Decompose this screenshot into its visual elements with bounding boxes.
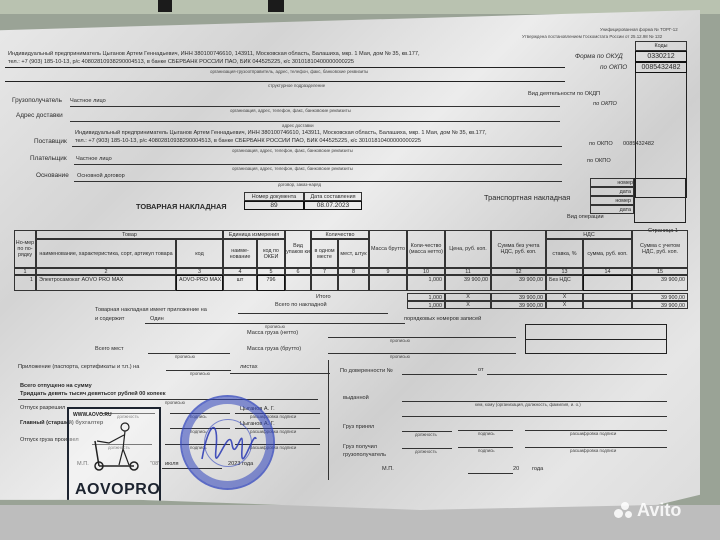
proxy-label: По доверенности №	[340, 368, 393, 374]
background-top	[0, 0, 720, 14]
column-number: 9	[369, 268, 407, 275]
contains-value: Один	[150, 316, 164, 322]
transport-date-label: дата	[590, 205, 634, 214]
appendix-in-words: прописью	[190, 371, 210, 376]
supplier-okpo-value: 0085432482	[623, 141, 654, 147]
col-qty-places-header: мест, штук	[338, 239, 369, 268]
issued-label: выданной	[343, 395, 369, 401]
row-code: AOVO-PRO MAX	[176, 275, 223, 291]
vertical-divider	[328, 360, 329, 480]
col-qty-one-header: в одном месте	[311, 239, 338, 268]
supplier-line1: Индивидуальный предприниматель Цыганов А…	[75, 130, 487, 136]
supplier-line2: тел.: +7 (903) 185-10-13, р/с 4080281093…	[75, 138, 421, 144]
received-label: Груз получил грузополучатель	[343, 443, 403, 459]
column-number: 6	[285, 268, 311, 275]
accepted-decode-caption: расшифровка подписи	[570, 431, 616, 436]
appendix-label: Приложение (паспорта, сертификаты и т.п.…	[18, 364, 139, 370]
sheets-label: листах	[240, 364, 258, 370]
total-vat-sum	[583, 293, 632, 301]
row-gross	[369, 275, 407, 291]
col-goods-name-header: наименование, характеристика, сорт, арти…	[36, 239, 176, 268]
total-released-label: Всего отпущено на сумму	[20, 383, 92, 389]
supplier-okpo-label: по ОКПО	[589, 141, 613, 147]
avito-watermark: Avito	[637, 500, 681, 521]
invoice-document: Унифицированная форма № ТОРГ-12 Утвержде…	[0, 10, 700, 515]
grand-total-vat-sum	[583, 301, 632, 309]
release-month: июля	[165, 461, 179, 467]
records-label: порядковых номеров записей	[404, 316, 481, 322]
column-number: 8	[338, 268, 369, 275]
company-stamp	[180, 395, 275, 490]
grand-total-net: 1,000	[407, 301, 445, 309]
accepted-signature-caption: подпись	[478, 431, 495, 436]
col-num-header: Но-мер по по-рядку	[14, 230, 36, 268]
total-vat-rate: X	[546, 293, 583, 301]
col-okei-header: код по ОКЕИ	[257, 239, 285, 268]
basis-date-label: дата	[590, 187, 634, 196]
codes-lower-box	[634, 178, 686, 223]
payer-caption: организация, адрес, телефон, факс, банко…	[232, 166, 353, 171]
issued-caption: кем, кому (организация, должность, фамил…	[475, 402, 581, 407]
column-number: 12	[491, 268, 546, 275]
col-vat-header: НДС	[546, 230, 632, 239]
net-in-words: прописью	[390, 338, 410, 343]
column-number: 7	[311, 268, 338, 275]
transport-label: Транспортная накладная	[484, 193, 570, 202]
background-bottom	[0, 505, 720, 540]
delivery-label: Адрес доставки	[16, 112, 63, 119]
okud-value: 0330212	[635, 51, 687, 62]
col-net-header: Коли-чество (масса нетто)	[407, 230, 445, 268]
col-vat-rate-header: ставка, %	[546, 239, 583, 268]
supplier-label: Поставщик	[34, 138, 67, 145]
total-sum-vat: 39 900,00	[632, 293, 688, 301]
contains-label: и содержит	[95, 316, 124, 322]
places-in-words: прописью	[175, 354, 195, 359]
row-net: 1,000	[407, 275, 445, 291]
row-sum-vat: 39 900,00	[632, 275, 688, 291]
attachment-label: Товарная накладная имеет приложение на	[95, 307, 207, 313]
from-label: от	[478, 367, 484, 373]
accepted-label: Груз принял	[343, 424, 374, 430]
grand-total-sum-vat: 39 900,00	[632, 301, 688, 309]
column-number: 15	[632, 268, 688, 275]
row-places	[338, 275, 369, 291]
row-okei: 796	[257, 275, 285, 291]
gross-in-words: прописью	[390, 354, 410, 359]
column-number: 13	[546, 268, 583, 275]
row-vat-sum	[583, 275, 632, 291]
basis-value: Основной договор	[77, 173, 125, 179]
approved-by-label: Утверждена постановлением Госкомстата Ро…	[522, 34, 662, 39]
places-label: Всего мест	[95, 346, 124, 352]
okud-label: Форма по ОКУД	[575, 53, 623, 60]
shipper-line1: Индивидуальный предприниматель Цыганов А…	[8, 51, 420, 57]
grand-total-label: Всего по накладной	[275, 302, 327, 308]
column-number: 2	[36, 268, 176, 275]
released-in-words: прописью	[165, 400, 185, 405]
row-unit: шт	[223, 275, 257, 291]
okdp-label: Вид деятельности по ОКДП	[528, 91, 600, 97]
row-price: 39 900,00	[445, 275, 491, 291]
col-unit-header: Единица измерения	[223, 230, 285, 239]
receiver-mp: М.П.	[382, 466, 394, 472]
shipper-caption: организация-грузоотправитель, адрес, тел…	[210, 69, 368, 74]
col-pack-header: Вид упаков ки	[285, 230, 311, 268]
row-name: Электросамокат AOVO PRO MAX	[36, 275, 176, 291]
aovopro-logo-sticker: WWW.AOVO.RU AOVOPRO	[67, 407, 161, 505]
column-number: 3	[176, 268, 223, 275]
col-qty-header: Количество	[311, 230, 369, 239]
doc-date-header: Дата составления	[304, 192, 362, 201]
delivery-caption: адрес доставки	[282, 123, 314, 128]
col-unit-name-header: наиме-нование	[223, 239, 257, 268]
unified-form-label: Унифицированная форма № ТОРГ-12	[600, 27, 678, 32]
operation-label: Вид операции	[567, 214, 604, 220]
payer-okpo-label: по ОКПО	[587, 158, 611, 164]
total-label: Итого	[316, 294, 331, 300]
consignee-label: Грузополучатель	[12, 97, 62, 104]
received-position-caption: должность	[415, 449, 437, 454]
row-num: 1	[14, 275, 36, 291]
scooter-rider-icon	[89, 421, 144, 473]
col-goods-header: Товар	[36, 230, 223, 239]
col-vat-sum-header: сумма, руб. коп.	[583, 239, 632, 268]
consignee-value: Частное лицо	[70, 98, 106, 104]
total-net: 1,000	[407, 293, 445, 301]
supplier-caption: организация, адрес, телефон, факс, банко…	[232, 148, 353, 153]
column-number: 14	[583, 268, 632, 275]
shipper-line2: тел.: +7 (903) 185-10-13, р/с 4080281093…	[8, 59, 354, 65]
binder-clip	[268, 0, 284, 12]
col-gross-header: Масса брутто	[369, 230, 407, 268]
doc-number-header: Номер документа	[244, 192, 304, 201]
row-pack	[285, 275, 311, 291]
grand-total-price: X	[445, 301, 491, 309]
received-decode-caption: расшифровка подписи	[570, 448, 616, 453]
column-number: 10	[407, 268, 445, 275]
document-title: ТОВАРНАЯ НАКЛАДНАЯ	[136, 202, 227, 211]
accepted-position-caption: должность	[415, 432, 437, 437]
net-mass-label: Масса груза (нетто)	[247, 330, 298, 336]
binder-clip	[158, 0, 172, 12]
consignee-caption: организация, адрес, телефон, факс, банко…	[230, 108, 351, 113]
basis-caption: договор, заказ-наряд	[278, 182, 321, 187]
payer-label: Плательщик	[30, 155, 67, 162]
receiver-year-label: года	[532, 466, 543, 472]
in-words-caption: прописью	[265, 324, 285, 329]
grand-total-sum-no-vat: 39 900,00	[491, 301, 546, 309]
payer-value: Частное лицо	[76, 156, 112, 162]
col-price-header: Цена, руб. коп.	[445, 230, 491, 268]
doc-date: 08.07.2023	[304, 201, 362, 210]
total-sum-no-vat: 39 900,00	[491, 293, 546, 301]
activity-okpo-label: по ОКПО	[593, 101, 617, 107]
basis-number-label: номер	[590, 178, 634, 187]
total-price: X	[445, 293, 491, 301]
row-in-one	[311, 275, 338, 291]
column-number: 1	[14, 268, 36, 275]
col-sum-vat-header: Сумма с учетом НДС, руб. коп.	[632, 230, 688, 268]
avito-logo-icon	[614, 502, 636, 520]
okpo-value: 0085432482	[635, 62, 687, 73]
subdivision-caption: структурное подразделение	[268, 83, 325, 88]
codes-header: Коды	[635, 41, 687, 51]
logo-brand: AOVOPRO	[75, 481, 160, 499]
signature-icon	[194, 409, 264, 479]
okpo-label: по ОКПО	[600, 64, 627, 71]
column-number: 11	[445, 268, 491, 275]
receiver-year-prefix: 20	[513, 466, 519, 472]
row-vat-rate: Без НДС	[546, 275, 583, 291]
doc-number: 89	[244, 201, 304, 210]
column-number: 4	[223, 268, 257, 275]
column-number: 5	[257, 268, 285, 275]
grand-total-vat-rate: X	[546, 301, 583, 309]
col-sum-no-vat-header: Сумма без учета НДС, руб. коп.	[491, 230, 546, 268]
received-signature-caption: подпись	[478, 448, 495, 453]
row-sum-no-vat: 39 900,00	[491, 275, 546, 291]
logo-url: WWW.AOVO.RU	[73, 412, 112, 418]
total-released-words: Тридцать девять тысяч девятьсот рублей 0…	[20, 391, 166, 397]
transport-number-label: номер	[590, 196, 634, 205]
col-goods-code-header: код	[176, 239, 223, 268]
gross-mass-label: Масса груза (брутто)	[247, 346, 301, 352]
basis-label: Основание	[36, 172, 69, 179]
release-allowed-label: Отпуск разрешил	[20, 405, 65, 411]
